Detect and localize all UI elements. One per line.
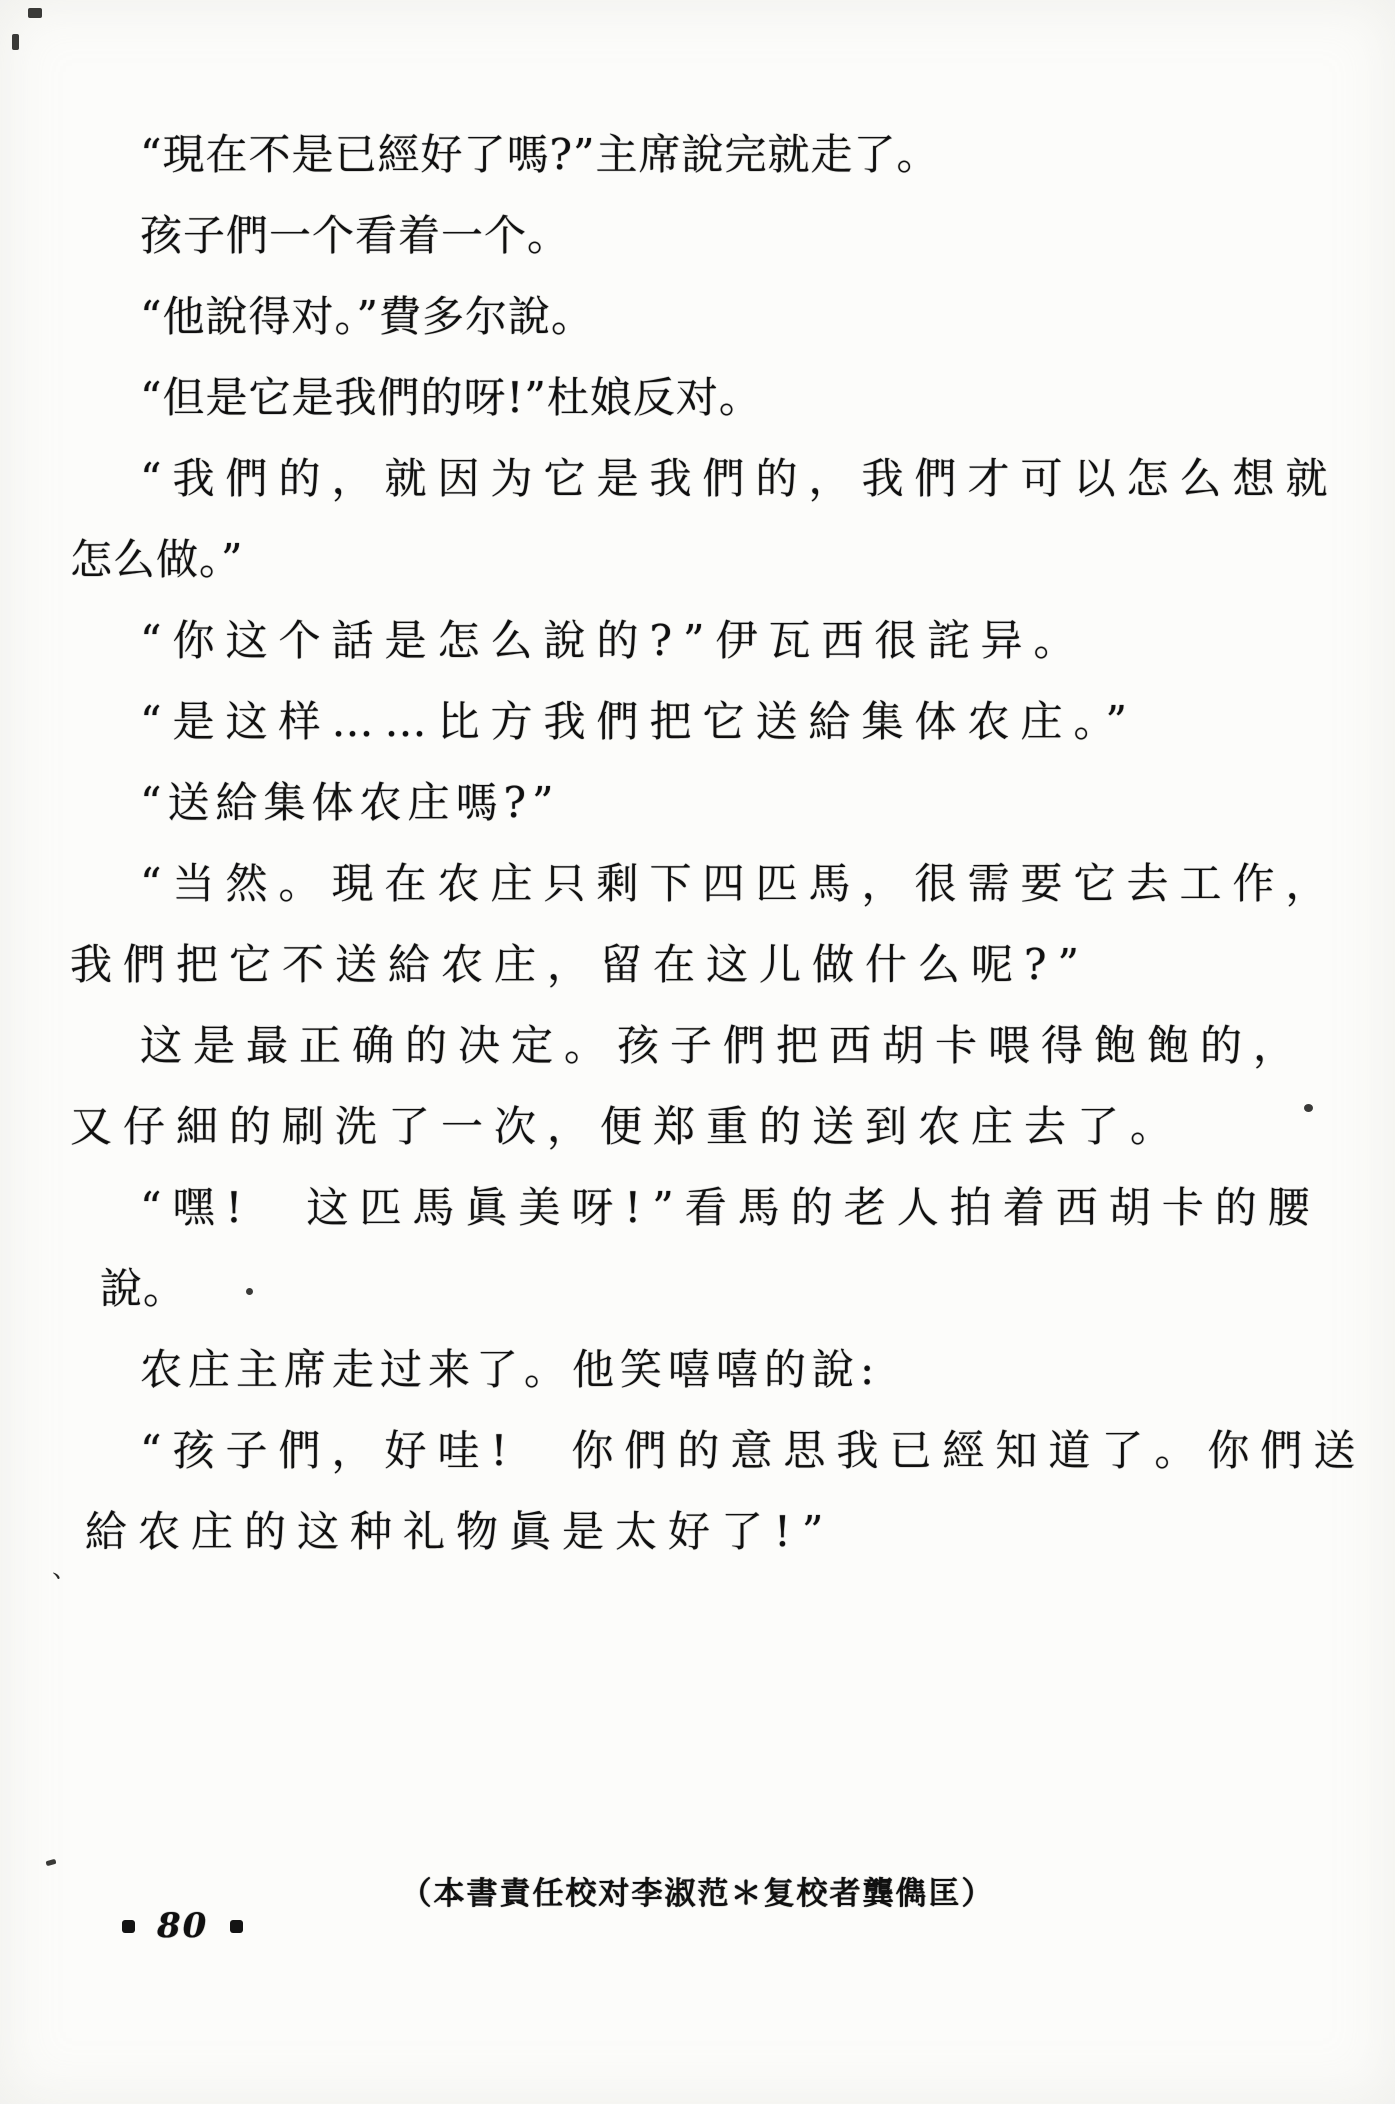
text-block: “現在不是已經好了嗎?”主席說完就走了。孩子們一个看着一个。“他說得对。”費多尔… — [70, 114, 1350, 1572]
text-line: 我們把它不送給农庄，留在这儿做什么呢?” — [70, 924, 1350, 1005]
ink-speck — [28, 8, 42, 18]
text-line: “但是它是我們的呀!”杜娘反对。 — [70, 357, 1350, 438]
ink-speck — [46, 1859, 57, 1866]
text-line: “送給集体农庄嗎?” — [70, 762, 1350, 843]
text-line: 孩子們一个看着一个。 — [70, 195, 1350, 276]
text-line: “我們的，就因为它是我們的，我們才可以怎么想就 — [70, 438, 1350, 519]
text-line: 又仔細的刷洗了一次，便郑重的送到农庄去了。 — [70, 1086, 1350, 1167]
page-number-value: 80 — [157, 1906, 208, 1946]
text-line: “他說得对。”費多尔說。 — [70, 276, 1350, 357]
text-line: 說。 — [70, 1248, 1350, 1329]
text-line: 怎么做。” — [70, 519, 1350, 600]
text-line: “是这样……比方我們把它送給集体农庄。” — [70, 681, 1350, 762]
text-line: “你这个話是怎么說的?”伊瓦西很詫异。 — [70, 600, 1350, 681]
text-line: “孩子們，好哇! 你們的意思我已經知道了。你們送 — [70, 1410, 1350, 1491]
text-line: “現在不是已經好了嗎?”主席說完就走了。 — [70, 114, 1350, 195]
text-line: “当然。現在农庄只剩下四匹馬，很需要它去工作， — [70, 843, 1350, 924]
page-number-bullet-right — [230, 1920, 243, 1933]
ink-speck — [12, 34, 19, 50]
page-number: 80 — [122, 1906, 243, 1946]
book-page: “現在不是已經好了嗎?”主席說完就走了。孩子們一个看着一个。“他說得对。”費多尔… — [0, 0, 1395, 2104]
ink-speck — [1304, 1104, 1313, 1112]
page-number-bullet-left — [122, 1920, 135, 1933]
text-line: 农庄主席走过来了。他笑嘻嘻的說: — [70, 1329, 1350, 1410]
ink-speck — [246, 1288, 253, 1295]
stray-dun-mark: 、 — [52, 1548, 78, 1585]
text-line: 这是最正确的决定。孩子們把西胡卡喂得飽飽的， — [70, 1005, 1350, 1086]
text-line: “嘿! 这匹馬眞美呀!”看馬的老人拍着西胡卡的腰 — [70, 1167, 1350, 1248]
text-line: 給农庄的这种礼物眞是太好了!” — [70, 1491, 1350, 1572]
